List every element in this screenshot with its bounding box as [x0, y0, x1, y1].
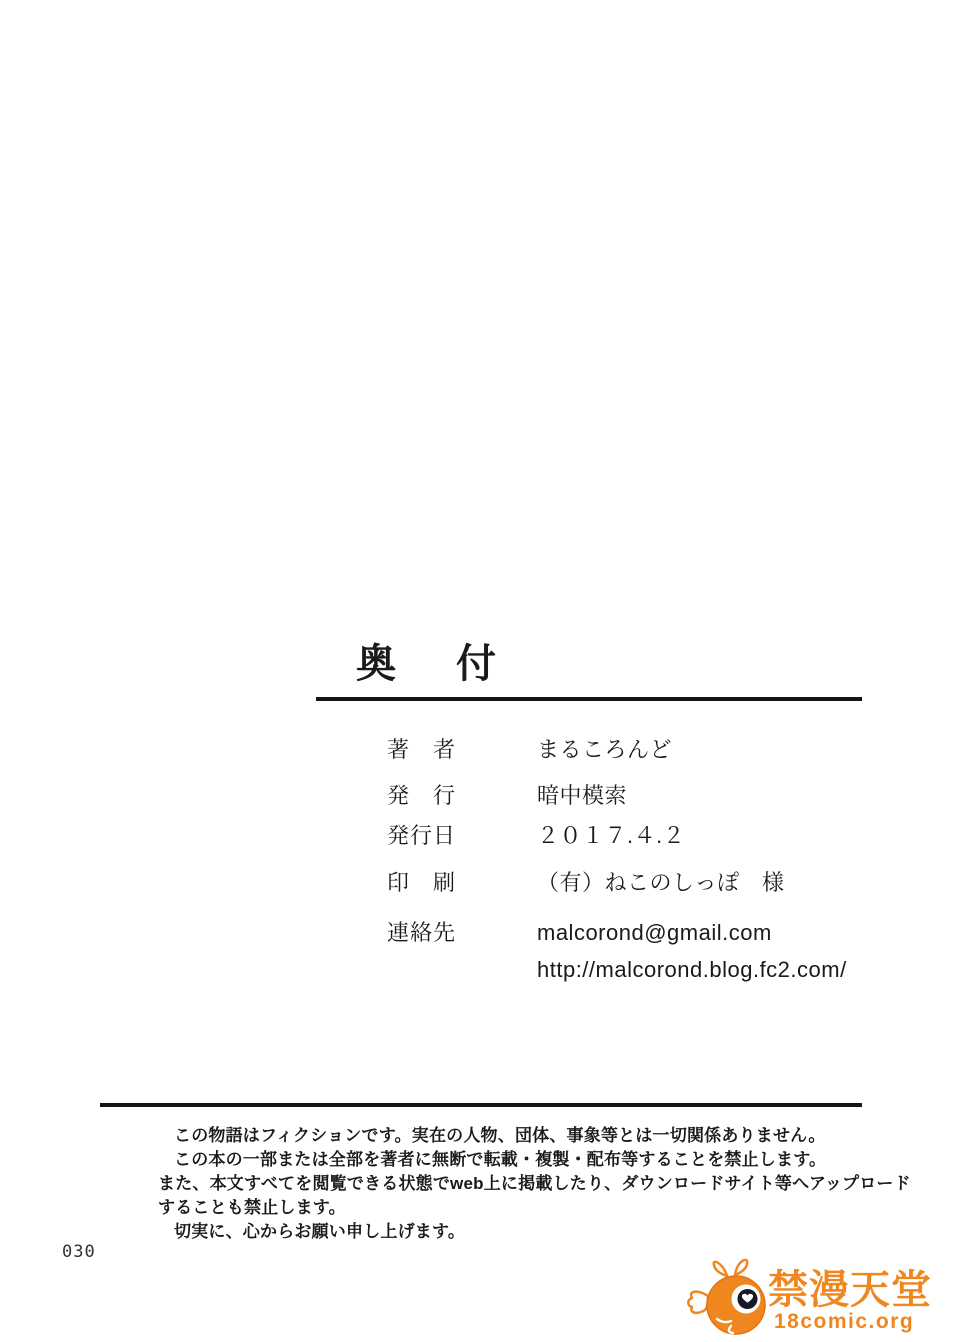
colophon-page: 奥 付 著 者 まるころんど 発 行 暗中模索 発行日 ２０１７.４.２ 印 刷… [0, 0, 960, 1342]
contact-email-text: malcorond@gmail.com [537, 922, 772, 944]
credit-label: 発 行 [387, 785, 537, 807]
credit-row-author: 著 者 まるころんど [387, 739, 672, 761]
credit-value: まるころんど [537, 739, 672, 761]
credit-row-publish-date: 発行日 ２０１７.４.２ [387, 825, 685, 847]
disclaimer-block: この物語はフィクションです。実在の人物、団体、事象等とは一切関係ありません。 こ… [158, 1124, 898, 1244]
disclaimer-line: また、本文すべてを閲覧できる状態でweb上に掲載したり、ダウンロードサイト等へア… [158, 1172, 898, 1196]
credit-value: 暗中模索 [537, 785, 627, 807]
disclaimer-line: この本の一部または全部を著者に無断で転載・複製・配布等することを禁止します。 [158, 1148, 898, 1172]
disclaimer-line: 切実に、心からお願い申し上げます。 [158, 1220, 898, 1244]
contact-url-text: http://malcorond.blog.fc2.com/ [537, 959, 847, 981]
page-number: 030 [62, 1242, 96, 1262]
credit-value: ２０１７.４.２ [537, 825, 685, 847]
orange-fish-mascot-icon [686, 1254, 772, 1342]
watermark-brand: 禁漫天堂 [768, 1268, 932, 1312]
credit-label: 発行日 [387, 825, 537, 847]
watermark-text: 禁漫天堂 18comic.org [768, 1268, 932, 1334]
disclaimer-line: この物語はフィクションです。実在の人物、団体、事象等とは一切関係ありません。 [158, 1124, 898, 1148]
credit-row-publisher: 発 行 暗中模索 [387, 785, 627, 807]
credit-row-contact-email: 連絡先 malcorond@gmail.com [387, 922, 772, 944]
credit-label: 連絡先 [387, 922, 537, 944]
credit-value: （有）ねこのしっぽ 様 [537, 872, 785, 894]
title-underline [316, 697, 862, 701]
watermark-logo: 禁漫天堂 18comic.org [686, 1254, 960, 1342]
page-title: 奥 付 [356, 644, 506, 684]
watermark-site: 18comic.org [768, 1310, 932, 1334]
credit-row-printer: 印 刷 （有）ねこのしっぽ 様 [387, 872, 785, 894]
credit-label: 著 者 [387, 739, 537, 761]
credit-label: 印 刷 [387, 872, 537, 894]
footer-divider [100, 1103, 862, 1107]
disclaimer-line: することも禁止します。 [158, 1196, 898, 1220]
credit-row-contact-url: http://malcorond.blog.fc2.com/ [387, 959, 847, 981]
